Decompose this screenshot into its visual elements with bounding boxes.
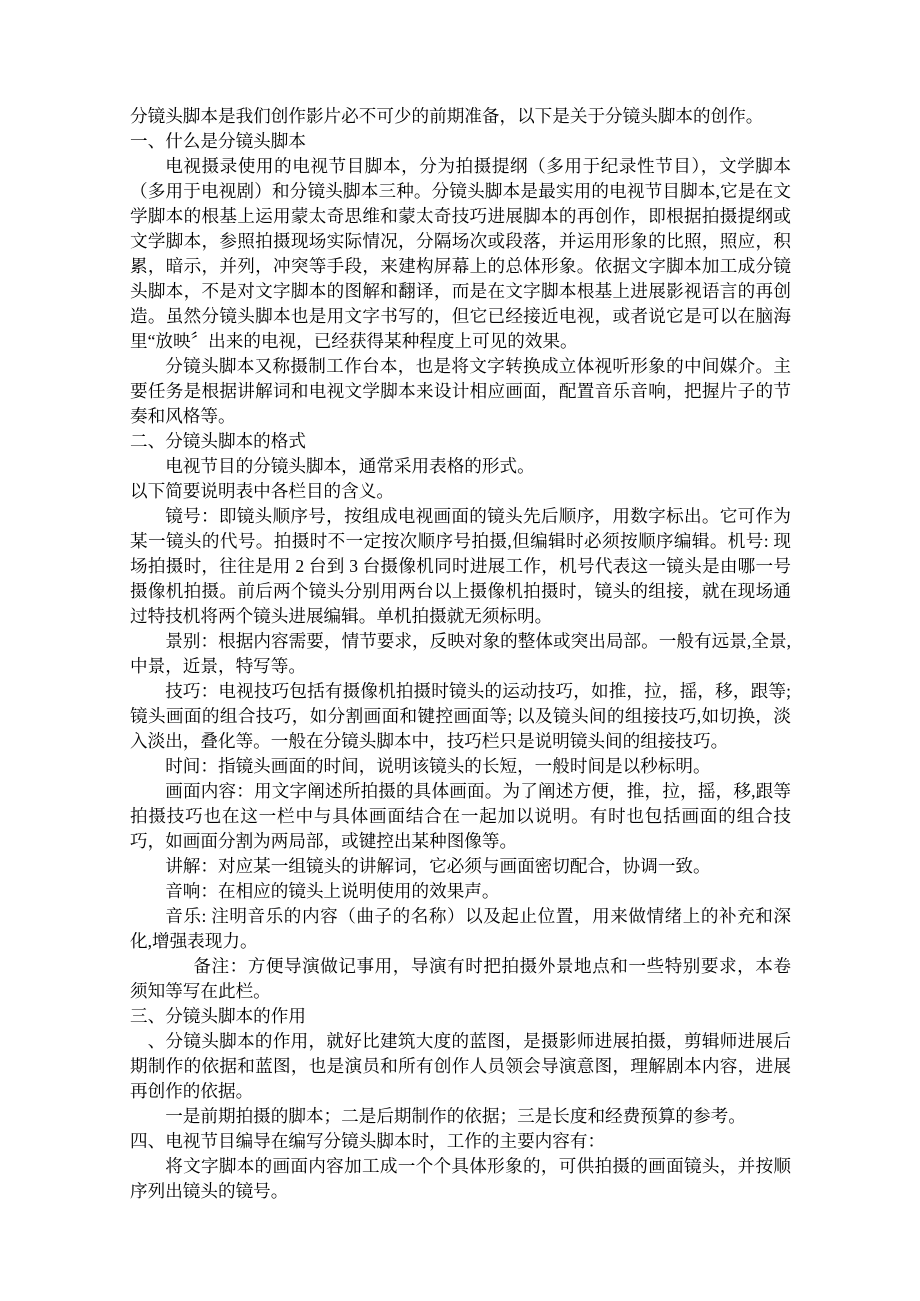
paragraph-7: 以下简要说明表中各栏目的含义。: [130, 479, 791, 504]
paragraph-11: 时间：指镜头画面的时间，说明该镜头的长短，一般时间是以秒标明。: [130, 754, 791, 779]
section-heading-20: 四、电视节目编导在编写分镜头脚本时，工作的主要内容有：: [130, 1129, 791, 1154]
paragraph-8: 镜号：即镜头顺序号，按组成电视画面的镜头先后顺序，用数字标出。它可作为某一镜头的…: [130, 504, 791, 629]
paragraph-21: 将文字脚本的画面内容加工成一个个具体形象的，可供拍摄的画面镜头，并按顺序列出镜头…: [130, 1154, 791, 1204]
paragraph-19: 一是前期拍摄的脚本；二是后期制作的依据；三是长度和经费预算的参考。: [130, 1104, 791, 1129]
section-heading-5: 二、分镜头脚本的格式: [130, 429, 791, 454]
document-page: 分镜头脚本是我们创作影片必不可少的前期准备，以下是关于分镜头脚本的创作。一、什么…: [0, 0, 920, 1301]
paragraph-14: 音响：在相应的镜头上说明使用的效果声。: [130, 879, 791, 904]
paragraph-3: 电视摄录使用的电视节目脚本，分为拍摄提纲（多用于纪录性节目），文学脚本（多用于电…: [130, 154, 791, 354]
paragraph-15: 音乐: 注明音乐的内容（曲子的名称）以及起止位置，用来做情绪上的补充和深化,增强…: [130, 904, 791, 954]
section-heading-17: 三、分镜头脚本的作用: [130, 1004, 791, 1029]
document-body: 分镜头脚本是我们创作影片必不可少的前期准备，以下是关于分镜头脚本的创作。一、什么…: [130, 104, 791, 1204]
paragraph-10: 技巧：电视技巧包括有摄像机拍摄时镜头的运动技巧，如推，拉，摇，移，跟等;镜头画面…: [130, 679, 791, 754]
paragraph-13: 讲解：对应某一组镜头的讲解词，它必须与画面密切配合，协调一致。: [130, 854, 791, 879]
paragraph-12: 画面内容：用文字阐述所拍摄的具体画面。为了阐述方便，推，拉，摇，移,跟等拍摄技巧…: [130, 779, 791, 854]
paragraph-9: 景别：根据内容需要，情节要求，反映对象的整体或突出局部。一般有远景,全景,中景，…: [130, 629, 791, 679]
paragraph-18: 、分镜头脚本的作用，就好比建筑大度的蓝图，是摄影师进展拍摄，剪辑师进展后期制作的…: [130, 1029, 791, 1104]
paragraph-6: 电视节目的分镜头脚本，通常采用表格的形式。: [130, 454, 791, 479]
paragraph-1: 分镜头脚本是我们创作影片必不可少的前期准备，以下是关于分镜头脚本的创作。: [130, 104, 791, 129]
section-heading-2: 一、什么是分镜头脚本: [130, 129, 791, 154]
paragraph-16: 备注：方便导演做记事用，导演有时把拍摄外景地点和一些特别要求，本卷须知等写在此栏…: [130, 954, 791, 1004]
paragraph-4: 分镜头脚本又称摄制工作台本，也是将文字转换成立体视听形象的中间媒介。主要任务是根…: [130, 354, 791, 429]
